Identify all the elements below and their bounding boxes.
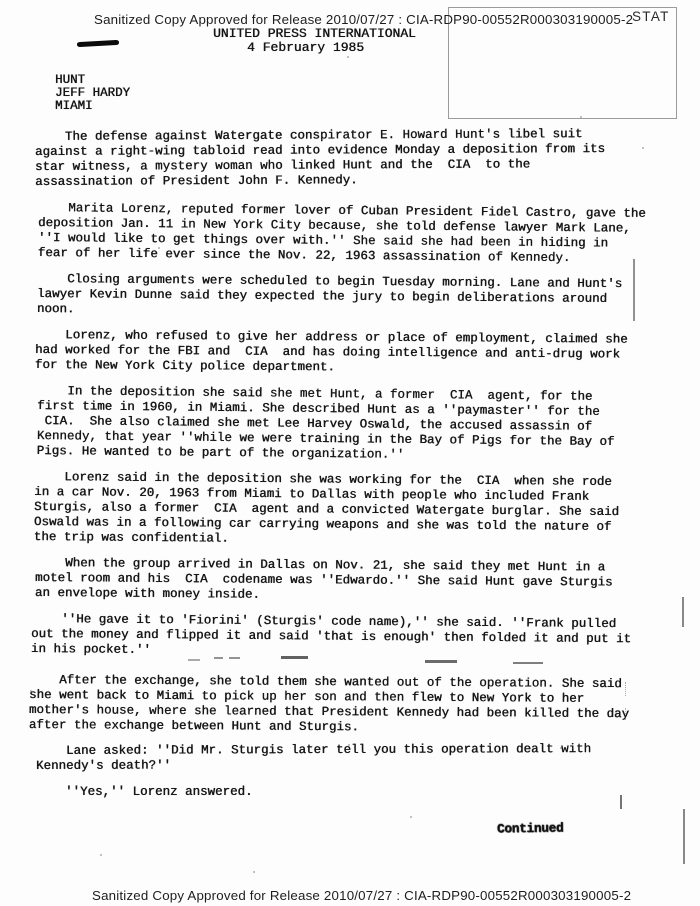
story-slug: HUNTJEFF HARDYMIAMI [55, 74, 130, 114]
paragraph: Lorenz said in the deposition she was wo… [34, 470, 682, 551]
paragraph: Marita Lorenz, reputed former lover of C… [38, 201, 682, 267]
scan-line-artifact [633, 259, 635, 321]
scan-dash-artifact [513, 662, 543, 664]
scan-speckle [347, 56, 349, 58]
scan-speckle [348, 744, 350, 746]
scan-line-artifact [625, 682, 628, 696]
paragraph: The defense against Watergate conspirato… [35, 127, 681, 190]
paragraph: Lorenz, who refused to give her address … [35, 328, 681, 378]
scan-dash-artifact [281, 656, 308, 659]
scan-speckle [158, 247, 160, 249]
scan-line-artifact [620, 795, 622, 809]
continued-marker: Continued [497, 821, 564, 837]
scan-speckle [436, 255, 438, 257]
text-line: Lane asked: ''Did Mr. Sturgis later tell… [36, 742, 681, 759]
scan-speckle [253, 871, 255, 873]
declassification-stamp-top: Sanitized Copy Approved for Release 2010… [94, 12, 633, 27]
scan-speckle [560, 747, 562, 749]
paragraph: ''He gave it to 'Fiorini' (Sturgis' code… [31, 612, 681, 663]
scan-dash-artifact [229, 657, 240, 659]
paragraph: When the group arrived in Dallas on Nov.… [35, 556, 681, 606]
paragraph: In the deposition she said she met Hunt,… [37, 384, 682, 466]
scan-speckle [642, 147, 644, 149]
scan-speckle [580, 116, 582, 118]
text-line: ''Yes,'' Lorenz answered. [35, 785, 681, 800]
stat-marking: STAT [632, 9, 670, 24]
text-line: MIAMI [55, 100, 130, 113]
article-body: The defense against Watergate conspirato… [33, 130, 681, 811]
scanned-document-page: Sanitized Copy Approved for Release 2010… [0, 0, 700, 906]
scan-speckle [410, 816, 412, 818]
text-line: Kennedy's death?'' [36, 757, 681, 774]
paragraph: After the exchange, she told them she wa… [29, 673, 681, 738]
paragraph: ''Yes,'' Lorenz answered. [35, 785, 681, 800]
scan-speckle [100, 854, 102, 856]
paragraph: Closing arguments were scheduled to begi… [37, 272, 681, 323]
paragraph: Lane asked: ''Did Mr. Sturgis later tell… [36, 742, 681, 774]
scan-dash-artifact [214, 657, 223, 659]
scan-dash-artifact [188, 659, 200, 661]
scan-speckle [523, 136, 525, 138]
dateline: 4 February 1985 [247, 40, 364, 55]
scan-line-artifact [683, 809, 685, 864]
wire-service-name: UNITED PRESS INTERNATIONAL [213, 26, 416, 41]
declassification-stamp-bottom: Sanitized Copy Approved for Release 2010… [92, 888, 631, 903]
scan-line-artifact [625, 708, 628, 720]
scan-speckle [30, 690, 32, 692]
pen-mark [77, 40, 119, 47]
scan-dash-artifact [425, 660, 457, 663]
scan-line-artifact [682, 597, 684, 627]
text-line: assassination of President John F. Kenne… [35, 172, 681, 190]
